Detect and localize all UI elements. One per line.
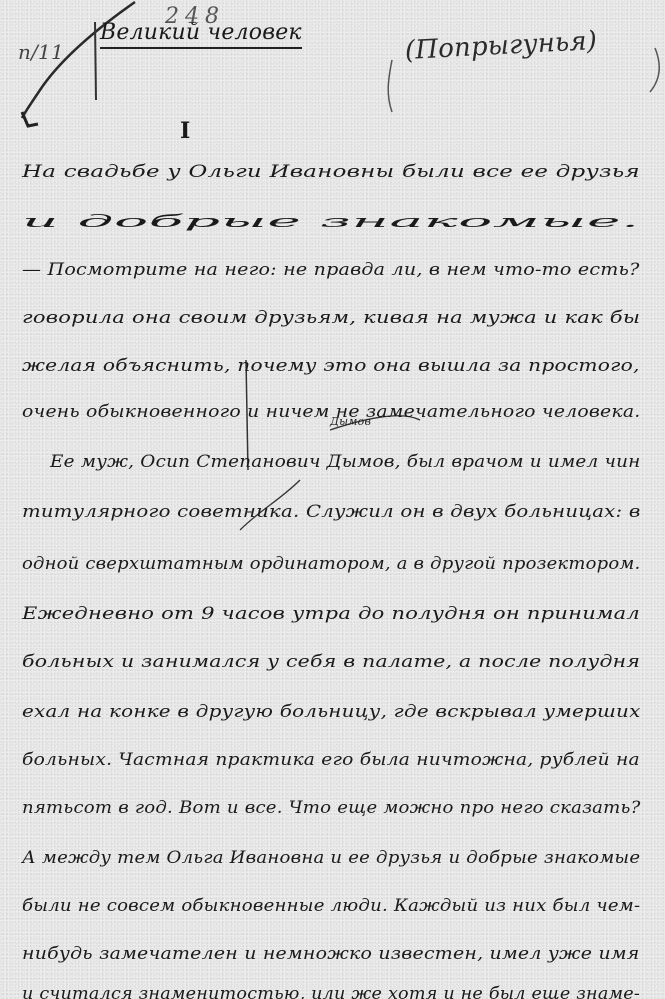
manuscript-line: были не совсем обыкновенные люди. Каждый… — [22, 896, 640, 916]
page-title: Великий человек — [100, 20, 302, 49]
manuscript-line: А между тем Ольга Ивановна и ее друзья и… — [22, 848, 640, 868]
manuscript-line: и считался знаменитостью, или же хотя и … — [22, 984, 640, 999]
manuscript-line: ехал на конке в другую больницу, где вск… — [22, 702, 641, 722]
manuscript-line: очень обыкновенного и ничем не замечател… — [22, 402, 640, 422]
manuscript-line: титулярного советника. Служил он в двух … — [22, 502, 641, 522]
manuscript-line: нибудь замечателен и немножко известен, … — [22, 944, 640, 964]
manuscript-line: Ежедневно от 9 часов утра до полудня он … — [22, 604, 640, 624]
manuscript-line: больных. Частная практика его была ничто… — [22, 750, 640, 770]
manuscript-line: Ее муж, Осип Степанович Дымов, был врачо… — [50, 452, 640, 472]
manuscript-line: желая объяснить, почему это она вышла за… — [22, 356, 640, 376]
manuscript-line: пятьсот в год. Вот и все. Что еще можно … — [22, 798, 640, 818]
chapter-number: I — [180, 118, 191, 144]
manuscript-line: больных и занимался у себя в палате, а п… — [22, 652, 640, 672]
manuscript-line: — Посмотрите на него: не правда ли, в не… — [22, 260, 640, 280]
manuscript-line: говорила она своим друзьям, кивая на муж… — [22, 308, 640, 328]
margin-mark: п/11 — [18, 40, 64, 64]
manuscript-line: и добрые знакомые. — [22, 212, 640, 232]
manuscript-line: одной сверхштатным ординатором, а в друг… — [22, 554, 640, 574]
manuscript-line: На свадьбе у Ольги Ивановны были все ее … — [22, 162, 640, 182]
